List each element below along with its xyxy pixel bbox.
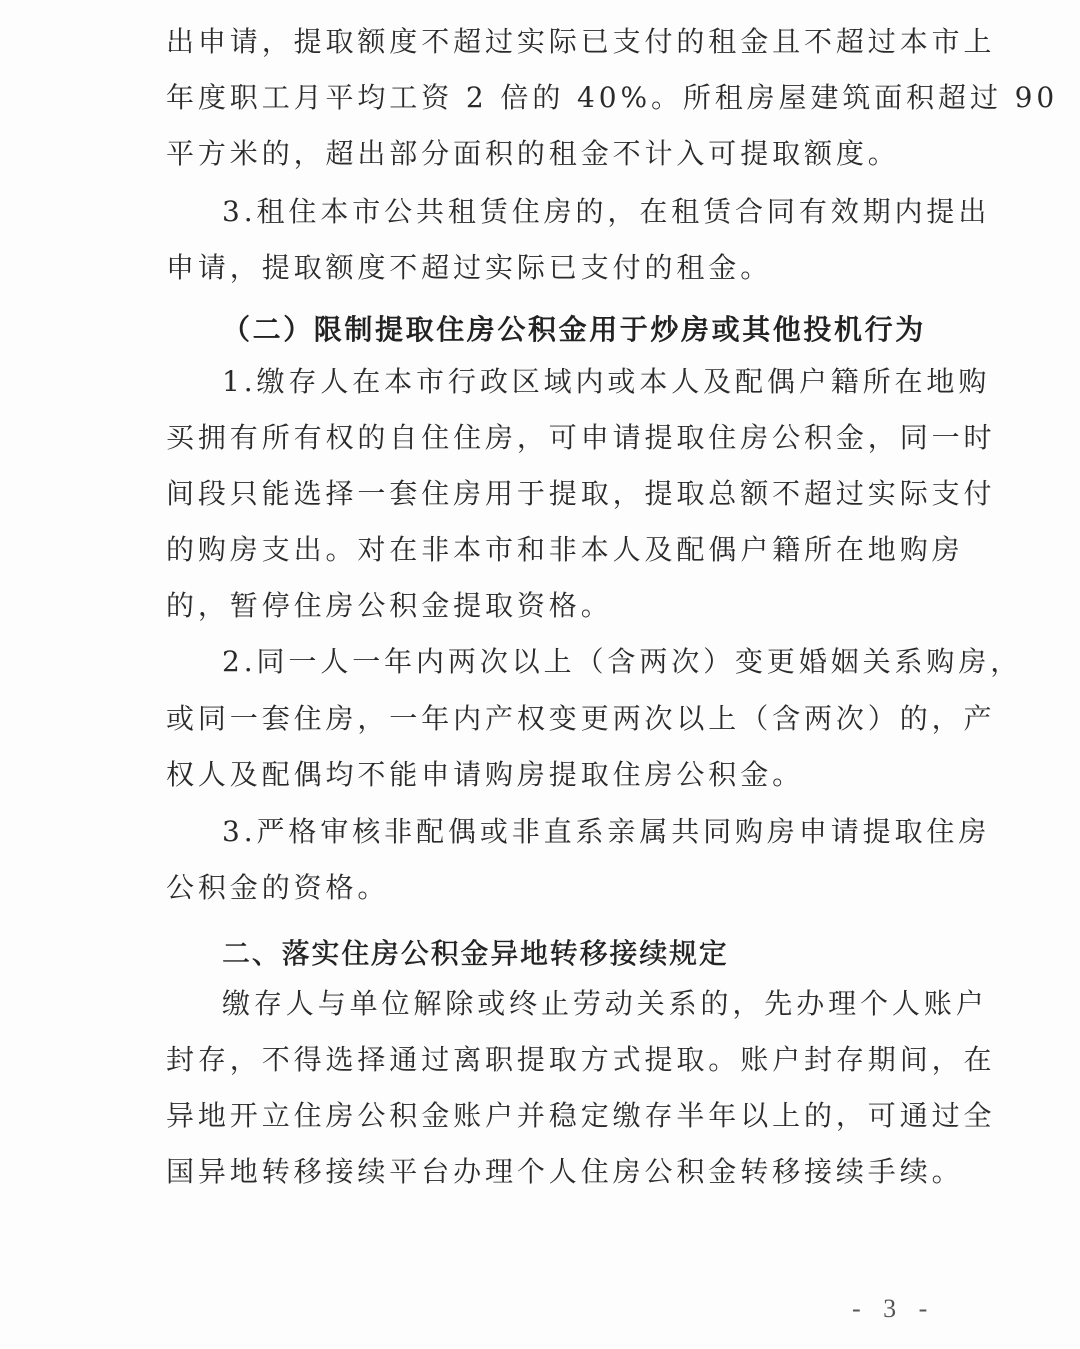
paragraph-line: 间段只能选择一套住房用于提取，提取总额不超过实际支付	[166, 472, 918, 516]
paragraph-line: 出申请，提取额度不超过实际已支付的租金且不超过本市上	[166, 20, 918, 64]
paragraph-line: 3.严格审核非配偶或非直系亲属共同购房申请提取住房	[222, 810, 918, 854]
paragraph-line: 平方米的，超出部分面积的租金不计入可提取额度。	[166, 132, 918, 176]
section-subheading: （二）限制提取住房公积金用于炒房或其他投机行为	[222, 308, 918, 352]
paragraph-line: 或同一套住房，一年内产权变更两次以上（含两次）的，产	[166, 697, 918, 741]
paragraph-line: 权人及配偶均不能申请购房提取住房公积金。	[166, 753, 918, 797]
paragraph-line: 申请，提取额度不超过实际已支付的租金。	[166, 246, 918, 290]
paragraph-line: 封存，不得选择通过离职提取方式提取。账户封存期间，在	[166, 1038, 918, 1082]
paragraph-line: 国异地转移接续平台办理个人住房公积金转移接续手续。	[166, 1150, 918, 1194]
paragraph-line: 1.缴存人在本市行政区域内或本人及配偶户籍所在地购	[222, 360, 918, 404]
paragraph-line: 的，暂停住房公积金提取资格。	[166, 584, 918, 628]
paragraph-line: 的购房支出。对在非本市和非本人及配偶户籍所在地购房	[166, 528, 918, 572]
paragraph-line: 公积金的资格。	[166, 866, 918, 910]
section-heading: 二、落实住房公积金异地转移接续规定	[222, 932, 918, 976]
paragraph-line: 3.租住本市公共租赁住房的，在租赁合同有效期内提出	[222, 190, 918, 234]
document-page: 出申请，提取额度不超过实际已支付的租金且不超过本市上 年度职工月平均工资 2 倍…	[0, 0, 1080, 1349]
paragraph-line: 买拥有所有权的自住住房，可申请提取住房公积金，同一时	[166, 416, 918, 460]
paragraph-line: 2.同一人一年内两次以上（含两次）变更婚姻关系购房，	[222, 640, 918, 684]
paragraph-line: 缴存人与单位解除或终止劳动关系的，先办理个人账户	[222, 982, 918, 1026]
paragraph-line: 年度职工月平均工资 2 倍的 40%。所租房屋建筑面积超过 90	[166, 76, 918, 120]
paragraph-line: 异地开立住房公积金账户并稳定缴存半年以上的，可通过全	[166, 1094, 918, 1138]
page-number: - 3 -	[852, 1294, 935, 1324]
